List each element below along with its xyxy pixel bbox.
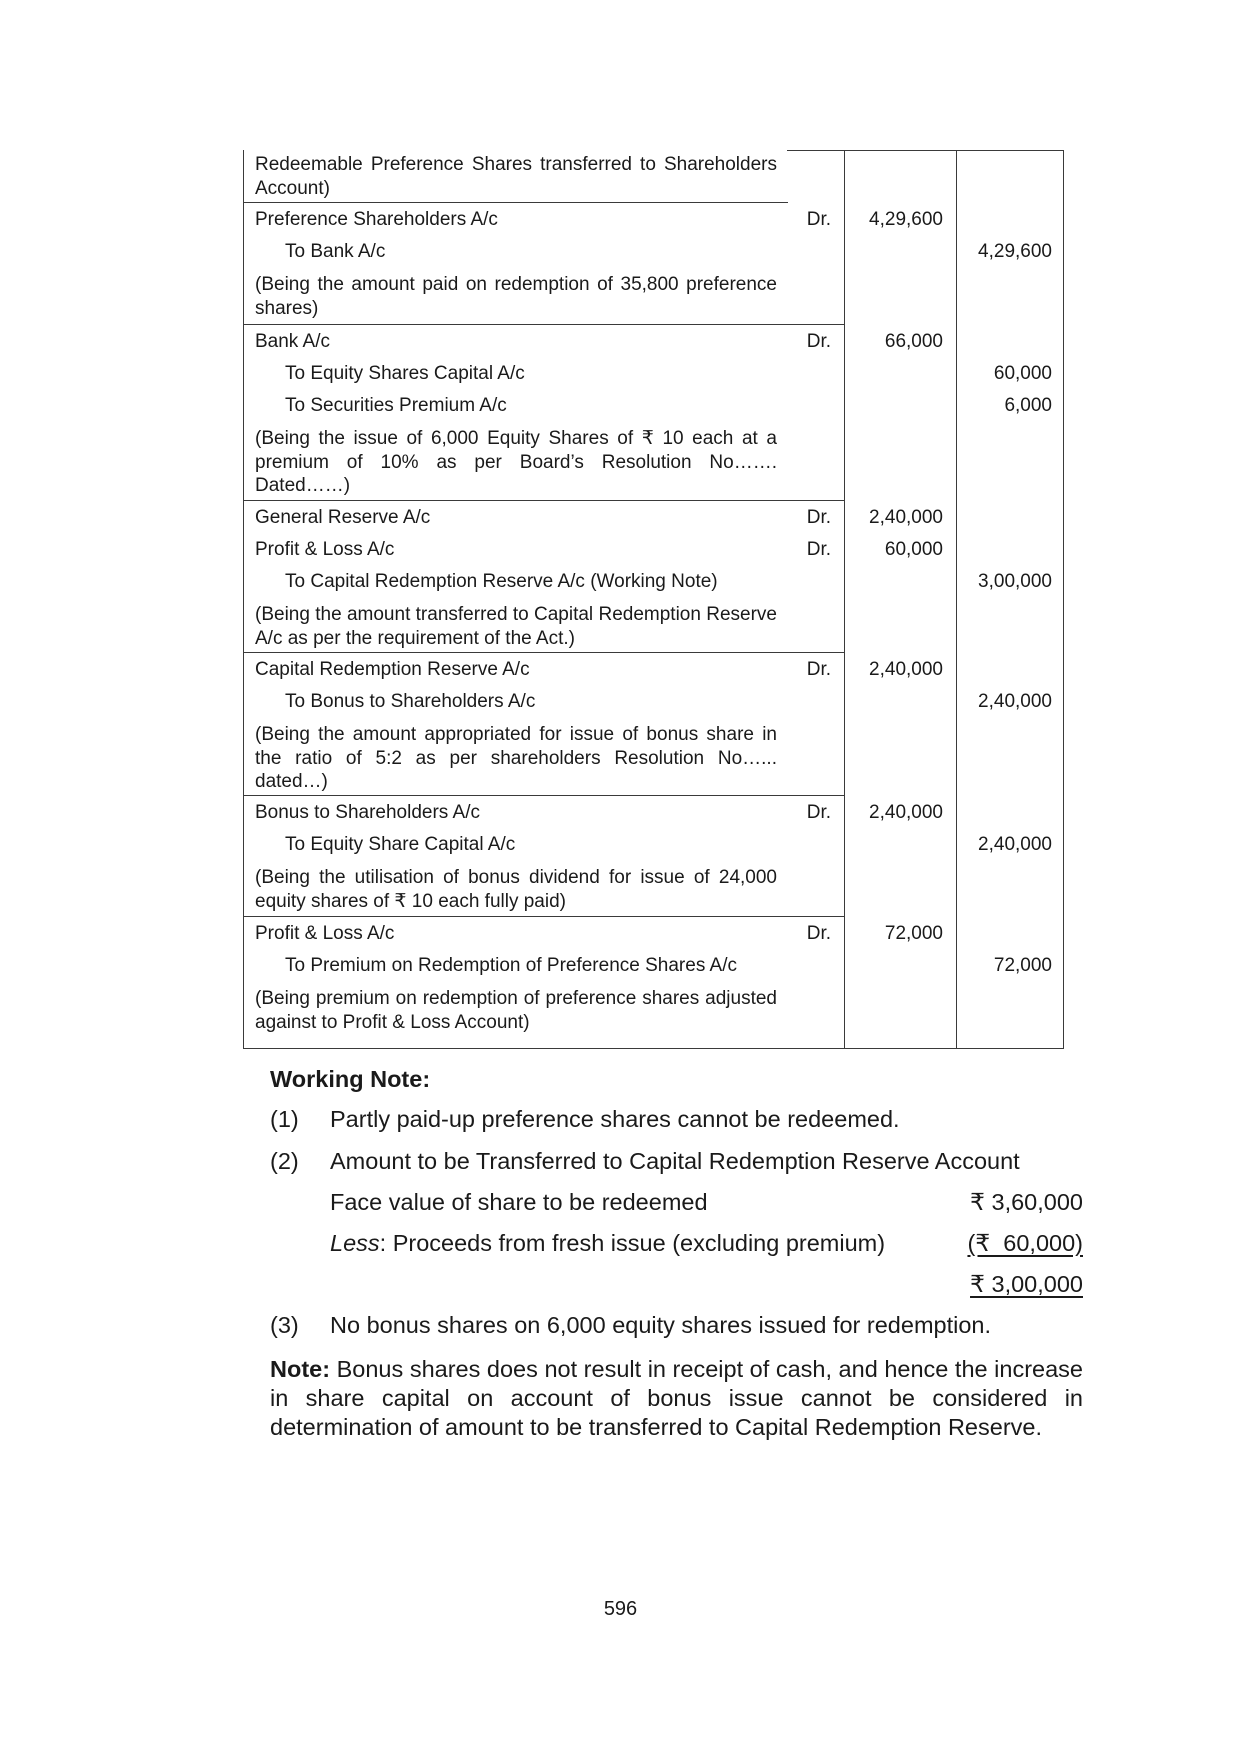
row-separator — [243, 795, 844, 796]
debit-amount: 60,000 — [844, 539, 943, 561]
account-name: Bank A/c — [255, 331, 777, 353]
account-name: To Equity Shares Capital A/c — [285, 363, 807, 385]
debit-amount: 72,000 — [844, 923, 943, 945]
debit-amount: 2,40,000 — [844, 507, 943, 529]
credit-amount: 72,000 — [956, 955, 1052, 977]
item-text: Partly paid-up preference shares cannot … — [330, 1105, 900, 1133]
table-top-border — [787, 150, 1064, 151]
less-amount: (₹ 60,000) — [967, 1229, 1083, 1257]
note-paragraph: Note: Bonus shares does not result in re… — [270, 1355, 1083, 1442]
account-name: General Reserve A/c — [255, 507, 777, 529]
total-amount: ₹ 3,00,000 — [970, 1270, 1083, 1298]
dr-marker: Dr. — [788, 539, 831, 561]
row-separator — [243, 652, 844, 653]
account-name: To Capital Redemption Reserve A/c (Worki… — [285, 571, 807, 593]
dr-marker: Dr. — [788, 923, 831, 945]
account-name: Profit & Loss A/c — [255, 539, 777, 561]
account-name: To Bonus to Shareholders A/c — [285, 691, 807, 713]
account-name: Bonus to Shareholders A/c — [255, 802, 777, 824]
debit-amount: 2,40,000 — [844, 659, 943, 681]
account-name: To Securities Premium A/c — [285, 395, 807, 417]
row-separator — [243, 500, 844, 501]
account-name: Preference Shareholders A/c — [255, 209, 777, 231]
credit-amount: 60,000 — [956, 363, 1052, 385]
item-number: (2) — [270, 1147, 299, 1175]
debit-amount: 2,40,000 — [844, 802, 943, 824]
credit-amount: 3,00,000 — [956, 571, 1052, 593]
working-note-title: Working Note: — [270, 1065, 430, 1093]
dr-marker: Dr. — [788, 507, 831, 529]
face-value-label: Face value of share to be redeemed — [330, 1188, 708, 1216]
item-number: (3) — [270, 1311, 299, 1339]
credit-amount: 2,40,000 — [956, 834, 1052, 856]
credit-amount: 4,29,600 — [956, 241, 1052, 263]
credit-amount: 2,40,000 — [956, 691, 1052, 713]
account-name: To Equity Share Capital A/c — [285, 834, 807, 856]
row-separator — [243, 202, 788, 203]
item-number: (1) — [270, 1105, 299, 1133]
account-name: Profit & Loss A/c — [255, 923, 777, 945]
row-separator — [243, 324, 844, 325]
item-text: No bonus shares on 6,000 equity shares i… — [330, 1311, 991, 1339]
narration: (Being the issue of 6,000 Equity Shares … — [255, 427, 777, 498]
narration: (Being the amount appropriated for issue… — [255, 723, 777, 794]
dr-marker: Dr. — [788, 331, 831, 353]
continued-narration: Redeemable Preference Shares transferred… — [255, 153, 777, 200]
narration: (Being the amount paid on redemption of … — [255, 273, 777, 320]
face-value-amount: ₹ 3,60,000 — [970, 1188, 1083, 1216]
table-bottom-border — [243, 1048, 1064, 1049]
less-line: Less: Proceeds from fresh issue (excludi… — [330, 1229, 885, 1257]
less-text: : Proceeds from fresh issue (excluding p… — [380, 1230, 885, 1256]
account-name: To Bank A/c — [285, 241, 807, 263]
row-separator — [243, 916, 844, 917]
less-label: Less — [330, 1230, 380, 1256]
credit-amount: 6,000 — [956, 395, 1052, 417]
narration: (Being premium on redemption of preferen… — [255, 987, 777, 1034]
account-name: Capital Redemption Reserve A/c — [255, 659, 777, 681]
debit-amount: 4,29,600 — [844, 209, 943, 231]
dr-marker: Dr. — [788, 209, 831, 231]
narration: (Being the amount transferred to Capital… — [255, 603, 777, 650]
narration: (Being the utilisation of bonus dividend… — [255, 866, 777, 913]
account-name: To Premium on Redemption of Preference S… — [285, 955, 807, 977]
dr-marker: Dr. — [788, 802, 831, 824]
item-text: Amount to be Transferred to Capital Rede… — [330, 1147, 1020, 1175]
note-text: Bonus shares does not result in receipt … — [270, 1356, 1083, 1440]
debit-amount: 66,000 — [844, 331, 943, 353]
journal-entries-table: Redeemable Preference Shares transferred… — [243, 150, 1064, 1049]
dr-marker: Dr. — [788, 659, 831, 681]
page-number: 596 — [0, 1598, 1241, 1621]
note-label: Note: — [270, 1356, 330, 1382]
